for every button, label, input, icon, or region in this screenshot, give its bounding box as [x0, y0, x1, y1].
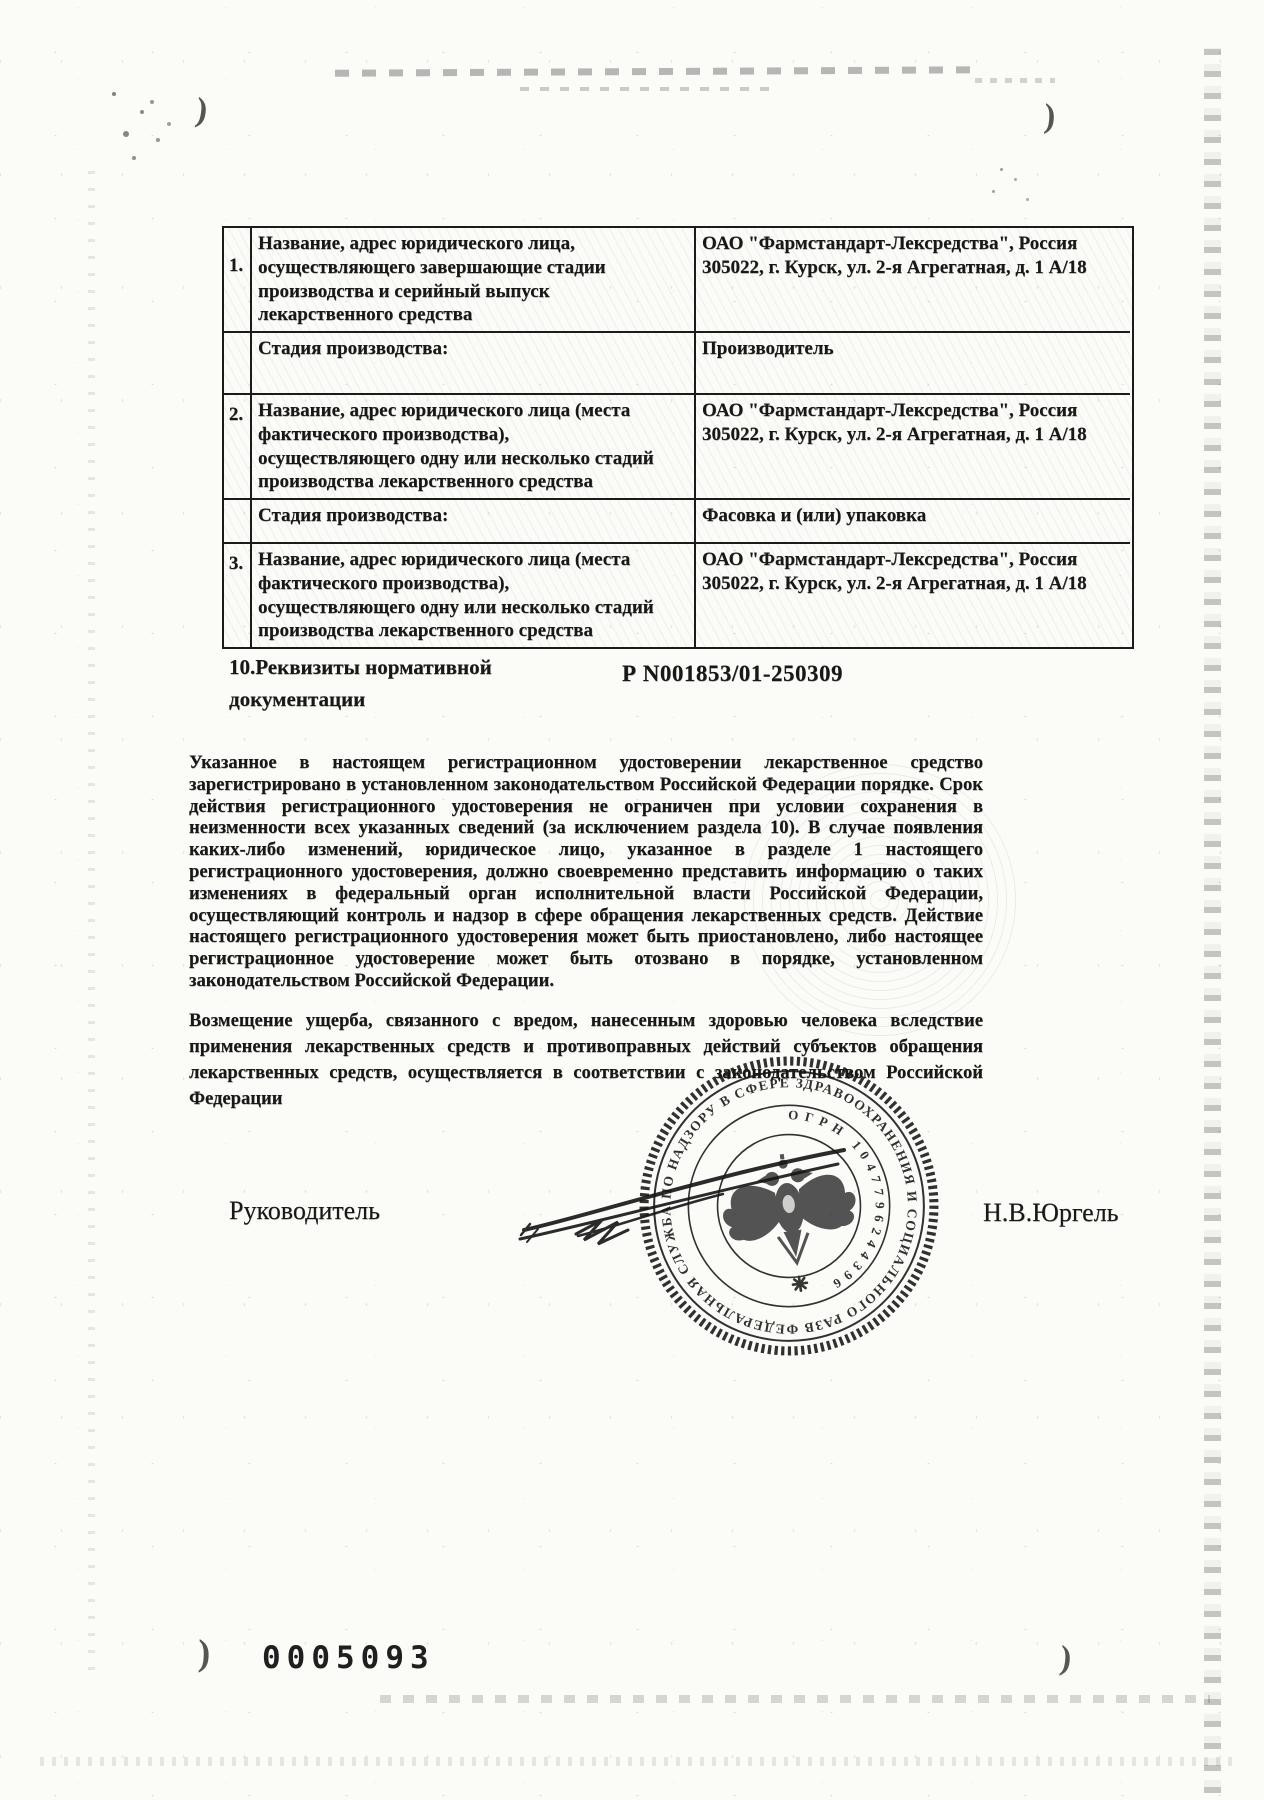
- scan-smudge-top-3: [975, 78, 1055, 83]
- table-row-label: Название, адрес юридического лица (места…: [250, 393, 694, 498]
- table-row-number: [224, 331, 250, 393]
- table-row-number: [224, 498, 250, 542]
- table-row-value: Фасовка и (или) упаковка: [694, 498, 1130, 542]
- table-row-number: 3.: [224, 542, 250, 647]
- signature-scribble: [518, 1138, 854, 1264]
- scan-smudge-top-2: [520, 87, 770, 91]
- signatory-role-label: Руководитель: [229, 1196, 380, 1226]
- scan-edge-streak-right: [1204, 48, 1221, 1793]
- table-row-value: Производитель: [694, 331, 1130, 393]
- table-row-label: Название, адрес юридического лица (места…: [250, 542, 694, 647]
- scan-smudge-bottom: [380, 1695, 1210, 1703]
- scan-bracket-mark: [1043, 98, 1057, 137]
- table-row-value: ОАО "Фармстандарт-Лексредства", Россия 3…: [694, 393, 1130, 498]
- signatory-name: Н.В.Юргель: [983, 1198, 1119, 1228]
- form-serial-number: 0005093: [262, 1640, 435, 1676]
- scan-speck-cluster: [112, 92, 116, 96]
- scan-bracket-mark: [197, 1632, 211, 1675]
- scan-smudge-top: [335, 66, 980, 76]
- table-row-label: Название, адрес юридического лица, осуще…: [250, 228, 694, 331]
- table-row-label: Стадия производства:: [250, 498, 694, 542]
- scanned-certificate-page: { "page": {"paper_color": "#fbfbf8", "in…: [0, 0, 1264, 1800]
- legal-paragraph-1: Указанное в настоящем регистрационном уд…: [189, 752, 983, 992]
- registration-number: Р N001853/01-250309: [622, 661, 843, 687]
- table-row-value: ОАО "Фармстандарт-Лексредства", Россия 3…: [694, 228, 1130, 331]
- table-row-number: 1.: [224, 228, 250, 331]
- table-row-value: ОАО "Фармстандарт-Лексредства", Россия 3…: [694, 542, 1130, 647]
- scan-smudge-bottom-2: [40, 1757, 1240, 1766]
- scan-edge-dots-left: [88, 170, 95, 1670]
- stamp-star-icon: [792, 1276, 808, 1292]
- manufacturer-table: 1. Название, адрес юридического лица, ос…: [222, 226, 1134, 649]
- scan-bracket-mark: [193, 91, 210, 130]
- table-row-label: Стадия производства:: [250, 331, 694, 393]
- scan-speck-cluster: [1000, 168, 1003, 171]
- scan-bracket-mark: [1058, 1640, 1073, 1679]
- section-10-heading: 10.Реквизиты нормативной документации: [229, 652, 559, 715]
- table-row-number: 2.: [224, 393, 250, 498]
